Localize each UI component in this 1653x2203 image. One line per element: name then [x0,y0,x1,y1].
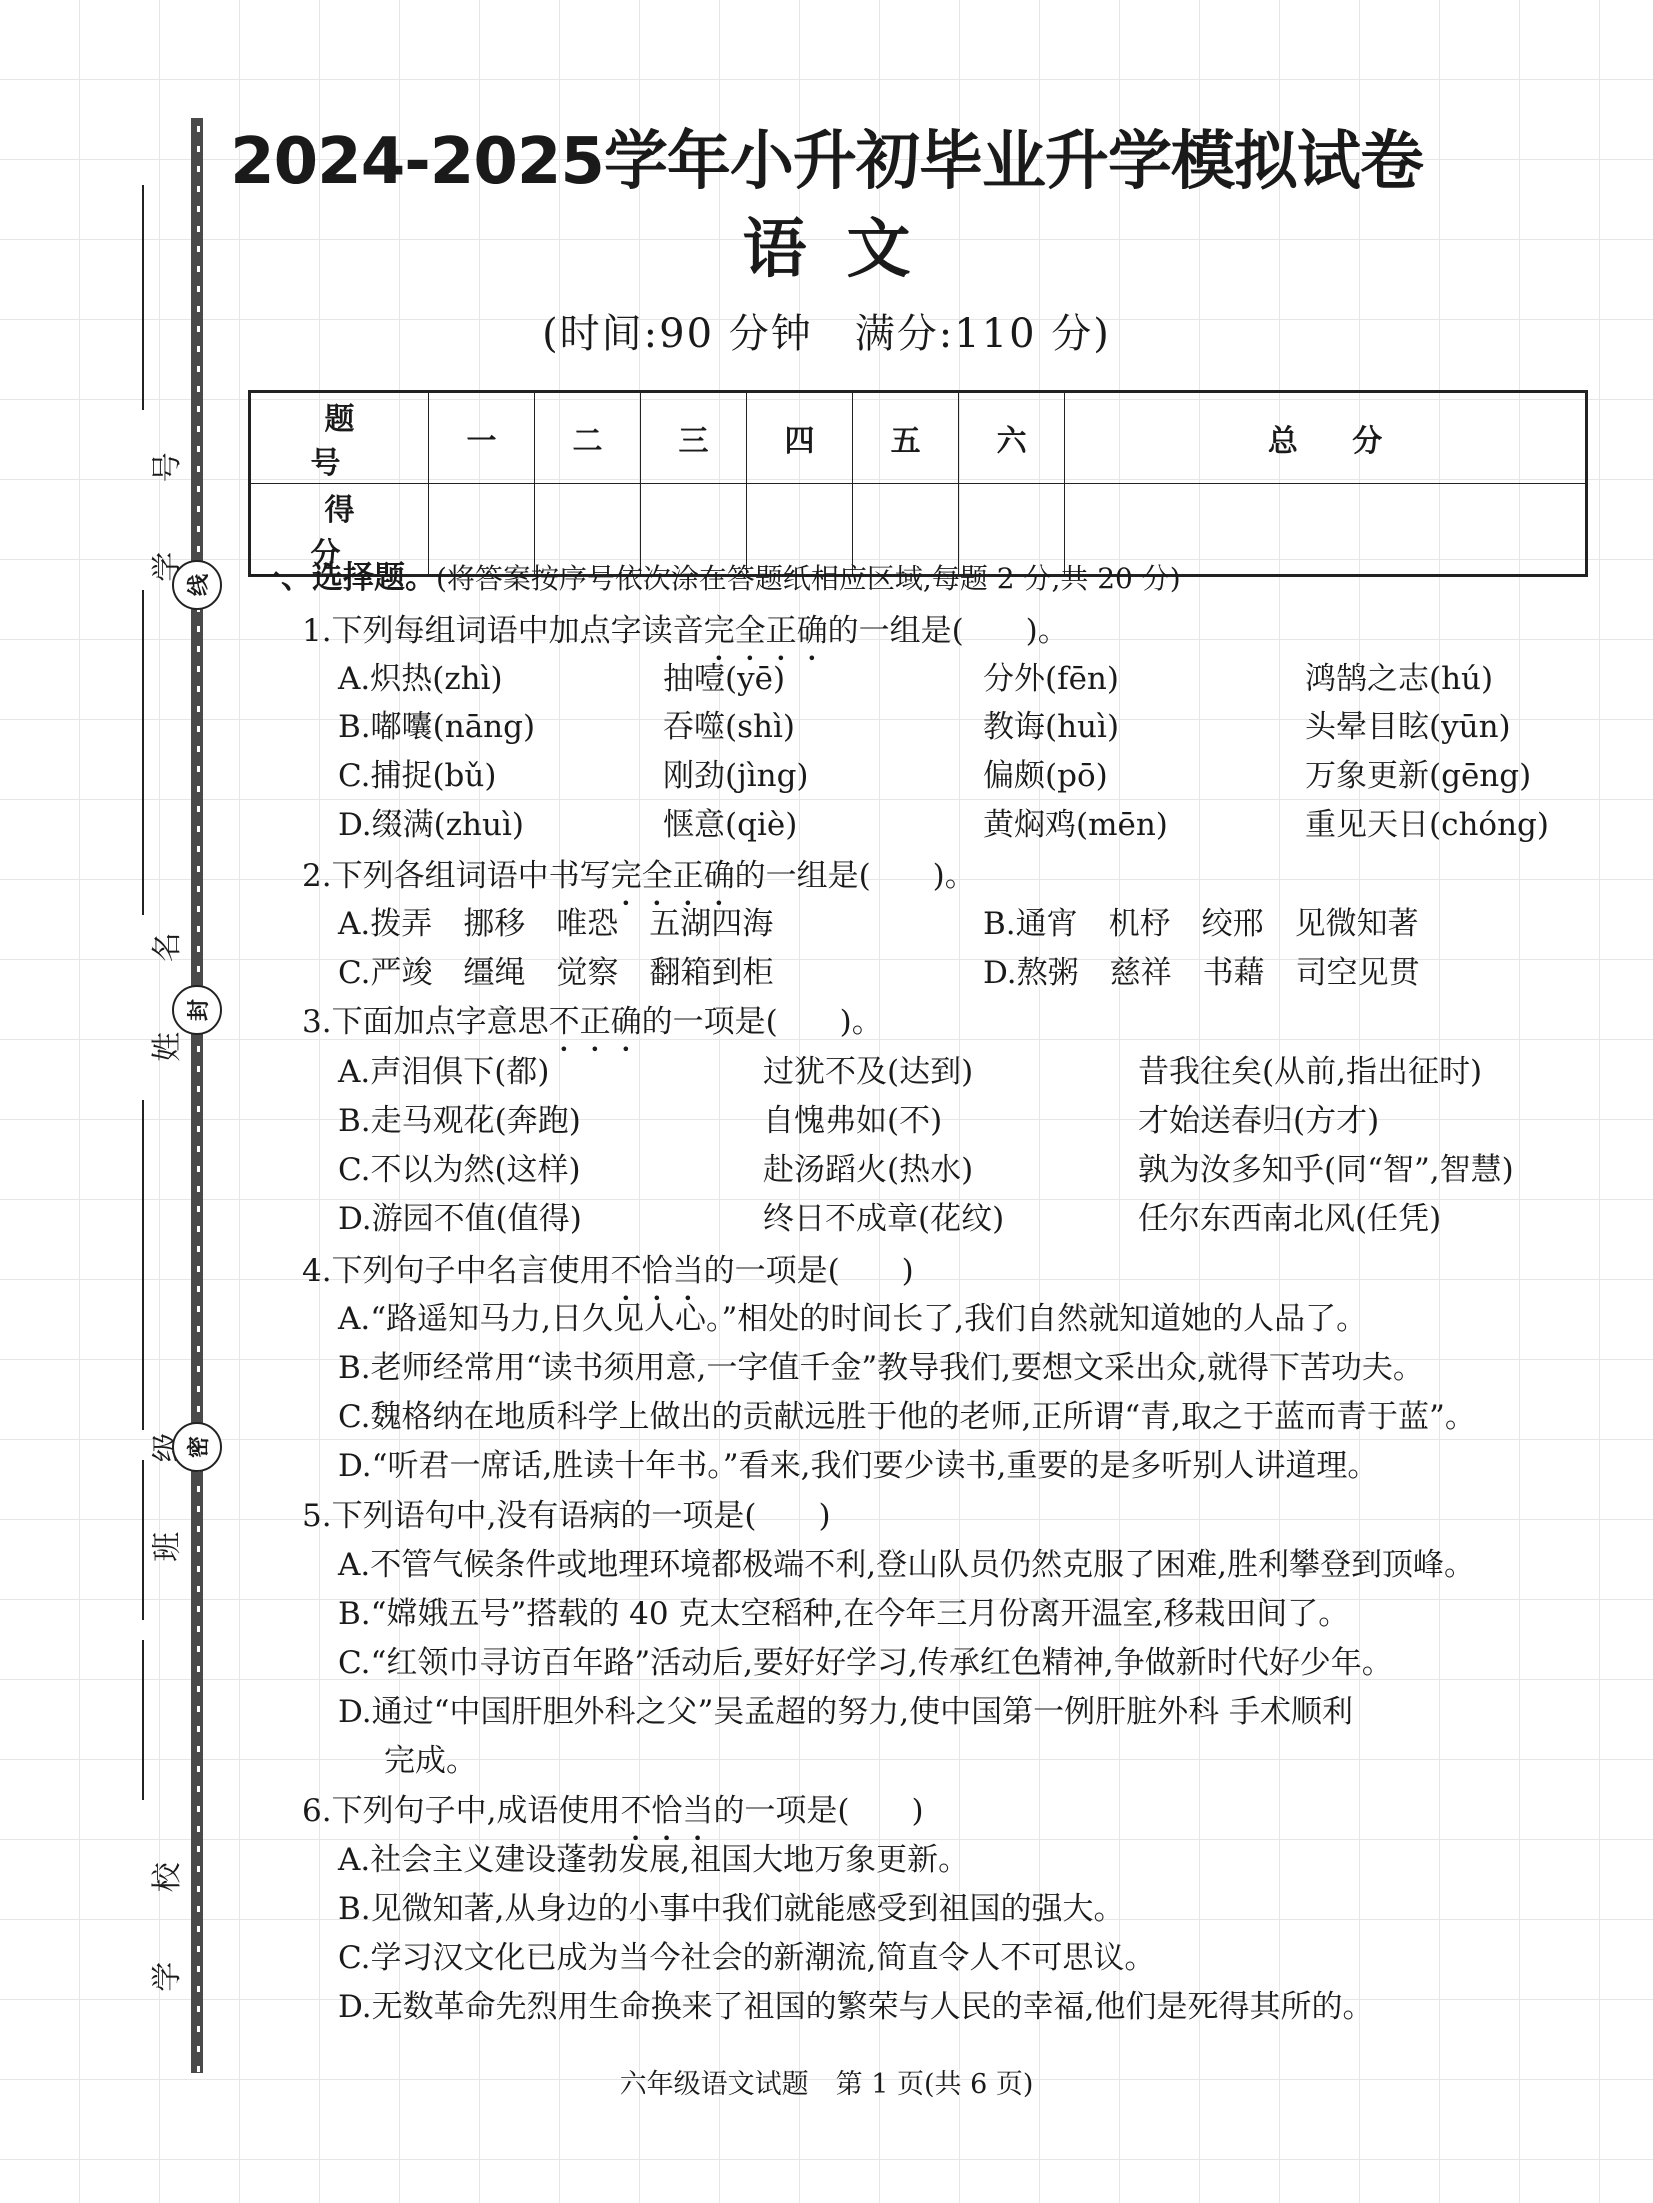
binding-strip [191,118,203,2073]
school-line [142,1640,144,1800]
option-text: 惬意(qiè) [663,799,797,844]
question-5-stem: 5.下列语句中,没有语病的一项是( ) [302,1490,831,1535]
col-header: 二 [535,392,641,484]
score-table-header-row: 题 号 一 二 三 四 五 六 总 分 [250,392,1587,484]
option-text: 黄焖鸡(mēn) [983,799,1168,844]
q6-option-b: B.见微知著,从身边的小事中我们就能感受到祖国的强大。 [338,1883,1125,1928]
q6-option-c: C.学习汉文化已成为当今社会的新潮流,简直令人不可思议。 [338,1932,1155,1977]
option-text: D.熬粥 慈祥 书藉 司空见贯 [983,947,1420,992]
col-header: 四 [747,392,853,484]
subject-title: 语文 [0,198,1653,290]
q4-option-a: A.“路遥知马力,日久见人心。”相处的时间长了,我们自然就知道她的人品了。 [338,1293,1367,1338]
stem-emphasis: 完全正确 [704,613,828,649]
class-line [142,1100,144,1430]
col-header: 一 [429,392,535,484]
option-text: A.声泪俱下(都) [338,1046,549,1091]
stem-emphasis: 完全正确 [611,858,735,894]
exam-meta: (时间:90 分钟 满分:110 分) [0,302,1653,359]
stem-text: 2.下列各组词语中书写 [302,858,611,894]
q5-option-c: C.“红领巾寻访百年路”活动后,要好好学习,传承红色精神,争做新时代好少年。 [338,1637,1393,1682]
stem-text: 6.下列句子中,成语使用 [302,1793,620,1829]
stem-text: 1.下列每组词语中加点字读音 [302,613,704,649]
option-text: 才始送春归(方才) [1138,1095,1379,1140]
col-header-total: 总 分 [1065,392,1587,484]
option-text: D.缀满(zhuì) [338,799,524,844]
q6-option-a: A.社会主义建设蓬勃发展,祖国大地万象更新。 [338,1834,969,1879]
option-text: D.游园不值(值得) [338,1193,582,1238]
q5-option-a: A.不管气候条件或地理环境都极端不利,登山队员仍然克服了困难,胜利攀登到顶峰。 [338,1539,1475,1584]
field-label-class: 班 级 [142,1402,186,1562]
section-note: (将答案按序号依次涂在答题纸相应区域,每题 2 分,共 20 分) [436,562,1181,595]
row-label-question-number: 题 号 [250,392,429,484]
q4-option-d: D.“听君一席话,胜读十年书。”看来,我们要少读书,重要的是多听别人讲道理。 [338,1440,1378,1485]
option-text: B.嘟囔(nāng) [338,701,535,746]
option-text: C.捕捉(bǔ) [338,750,496,795]
stem-text: 的一项是( )。 [642,1004,883,1040]
option-text: 重见天日(chóng) [1305,799,1549,844]
option-text: 头晕目眩(yūn) [1305,701,1511,746]
seal-line-icon: 线 [172,560,222,610]
name-line [142,590,144,915]
option-text: 鸿鹄之志(hú) [1305,653,1493,698]
option-text: 自愧弗如(不) [763,1095,942,1140]
q4-option-c: C.魏格纳在地质科学上做出的贡献远胜于他的老师,正所谓“青,取之于蓝而青于蓝”。 [338,1391,1476,1436]
field-label-student-id: 学 号 [142,422,186,582]
section-heading: 一、选择题。(将答案按序号依次涂在答题纸相应区域,每题 2 分,共 20 分) [250,552,1181,597]
q5-option-d: D.通过“中国肝胆外科之父”吴孟超的努力,使中国第一例肝脏外科 手术顺利 [338,1686,1353,1731]
exam-title: 2024-2025学年小升初毕业升学模拟试卷 [0,110,1653,202]
stem-text: 4.下列句子中名言使用 [302,1253,611,1289]
option-text: 赴汤蹈火(热水) [763,1144,973,1189]
stem-text: 的一项是( ) [704,1253,914,1289]
option-text: 万象更新(gēng) [1305,750,1531,795]
stem-text: 的一组是( )。 [735,858,976,894]
class-line-2 [142,1460,144,1620]
stem-text: 的一组是( )。 [828,613,1069,649]
option-text: 昔我往矣(从前,指出征时) [1138,1046,1482,1091]
stem-emphasis: 不恰当 [620,1793,713,1829]
q6-option-d: D.无数革命先烈用生命换来了祖国的繁荣与人民的幸福,他们是死得其所的。 [338,1981,1373,2026]
stem-text: 的一项是( ) [713,1793,923,1829]
option-text: B.通宵 机杼 绞邢 见微知著 [983,898,1419,943]
stem-text: 3.下面加点字意思 [302,1004,549,1040]
col-header: 六 [959,392,1065,484]
col-header: 五 [853,392,959,484]
section-title: 一、选择题。 [250,560,436,596]
seal-secret-icon: 密 [172,1422,222,1472]
option-text: A.拨弄 挪移 唯恐 五湖四海 [338,898,773,943]
option-text: A.炽热(zhì) [338,653,503,698]
page-footer: 六年级语文试题 第 1 页(共 6 页) [0,2062,1653,2101]
option-text: 偏颇(pō) [983,750,1108,795]
option-text: C.不以为然(这样) [338,1144,581,1189]
field-label-school: 学 校 [142,1832,186,1992]
q5-option-d-continued: 完成。 [384,1735,477,1780]
q4-option-b: B.老师经常用“读书须用意,一字值千金”教导我们,要想文采出众,就得下苦功夫。 [338,1342,1424,1387]
option-text: 吞噬(shì) [663,701,795,746]
option-text: 任尔东西南北风(任凭) [1138,1193,1441,1238]
stem-emphasis: 不恰当 [611,1253,704,1289]
field-label-name: 姓 名 [142,902,186,1062]
col-header: 三 [641,392,747,484]
score-table: 题 号 一 二 三 四 五 六 总 分 得 分 [248,390,1588,577]
option-text: 过犹不及(达到) [763,1046,973,1091]
option-text: 刚劲(jìng) [663,750,809,795]
seal-seal-icon: 封 [172,985,222,1035]
option-text: 分外(fēn) [983,653,1119,698]
option-text: B.走马观花(奔跑) [338,1095,581,1140]
option-text: 终日不成章(花纹) [763,1193,1004,1238]
option-text: 抽噎(yē) [663,653,785,698]
option-text: 教诲(huì) [983,701,1119,746]
q5-option-b: B.“嫦娥五号”搭载的 40 克太空稻种,在今年三月份离开温室,移栽田间了。 [338,1588,1349,1633]
option-text: 孰为汝多知乎(同“智”,智慧) [1138,1144,1514,1189]
option-text: C.严竣 缰绳 觉察 翻箱到柜 [338,947,773,992]
stem-emphasis: 不正确 [549,1004,642,1040]
